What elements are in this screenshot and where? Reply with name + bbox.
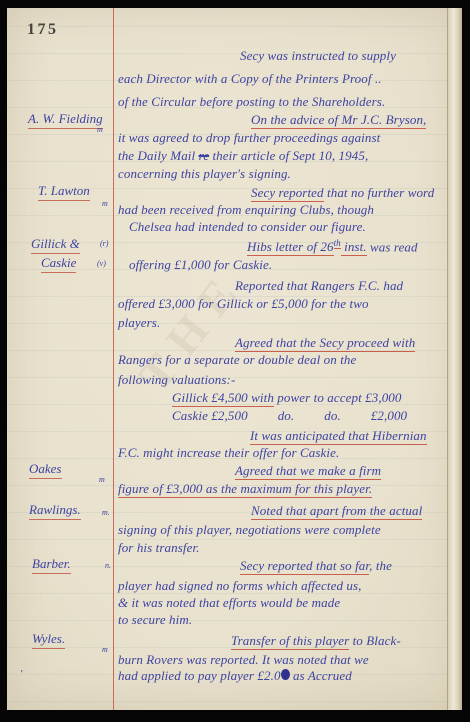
handwriting-line: offered £3,000 for Gillick or £5,000 for…	[118, 296, 369, 312]
margin-note-player-name: Barber.	[32, 556, 71, 574]
handwriting-segment: Reported that Rangers F.C. had	[235, 278, 403, 293]
handwriting-line: following valuations:-	[118, 372, 235, 388]
photo-of-minute-book: { "page": { "number": "175" }, "colors":…	[0, 0, 470, 722]
minute-book-page: THE 175 A. W. FieldingmT. LawtonmGillick…	[7, 8, 462, 710]
handwriting-line: it was agreed to drop further proceeding…	[118, 130, 380, 146]
handwriting-line: to secure him.	[118, 612, 192, 628]
handwriting-line: signing of this player, negotiations wer…	[118, 522, 381, 538]
handwriting-line: Secy reported that so far, the	[240, 558, 392, 574]
handwriting-segment: On the advice of Mr J.C. Bryson,	[251, 112, 426, 129]
page-number: 175	[27, 21, 59, 39]
handwriting-segment: of the Circular before posting to the Sh…	[118, 94, 385, 109]
handwriting-segment: burn Rovers was reported. It was noted t…	[118, 652, 369, 667]
page-edge	[448, 8, 462, 710]
initialing-mark: m	[99, 475, 105, 484]
stray-ink-mark: '	[20, 668, 22, 680]
handwriting-line: had been received from enquiring Clubs, …	[118, 202, 374, 218]
handwriting-segment: F.C. might increase their offer for Cask…	[118, 445, 339, 460]
handwriting-line: player had signed no forms which affecte…	[118, 578, 362, 594]
handwriting-segment: following valuations:-	[118, 372, 235, 387]
handwriting-segment: 0	[281, 669, 290, 680]
handwriting-line: It was anticipated that Hibernian	[250, 428, 427, 444]
handwriting-segment: Rangers for a separate or double deal on…	[118, 352, 356, 367]
handwriting-line: Agreed that the Secy proceed with	[235, 335, 415, 351]
margin-note-player-name: Gillick &	[31, 236, 80, 254]
handwriting-segment: Hibs letter of 26	[247, 239, 334, 256]
red-margin-rule	[113, 8, 114, 710]
handwriting-segment: Noted that apart from the actual	[251, 503, 422, 520]
handwriting-segment: Agreed that the Secy proceed with	[235, 335, 415, 352]
handwriting-line: F.C. might increase their offer for Cask…	[118, 445, 339, 461]
handwriting-segment: Gillick £4,500 with	[172, 390, 274, 407]
handwriting-segment: signing of this player, negotiations wer…	[118, 522, 381, 537]
handwriting-segment: th	[334, 238, 341, 249]
handwriting-segment: Secy was instructed to supply	[240, 48, 396, 63]
handwriting-line: of the Circular before posting to the Sh…	[118, 94, 385, 110]
handwriting-line: Reported that Rangers F.C. had	[235, 278, 403, 294]
handwriting-segment: re	[199, 148, 210, 163]
handwriting-segment: concerning this player's signing.	[118, 166, 291, 181]
handwriting-segment: Transfer of this player	[231, 633, 349, 650]
margin-note-player-name: Oakes	[29, 461, 62, 479]
handwriting-line: each Director with a Copy of the Printer…	[118, 71, 382, 87]
handwriting-segment: Agreed that we make a firm	[235, 463, 381, 480]
handwriting-line: Noted that apart from the actual	[251, 503, 422, 519]
handwriting-line: burn Rovers was reported. It was noted t…	[118, 652, 369, 668]
handwriting-line: Caskie £2,500do.do.£2,000	[172, 408, 407, 424]
initialing-mark: (v)	[97, 259, 106, 268]
handwriting-segment: Chelsea had intended to consider our fig…	[129, 219, 366, 234]
handwriting-line: Hibs letter of 26th inst. was read	[247, 238, 418, 255]
handwriting-line: Rangers for a separate or double deal on…	[118, 352, 356, 368]
handwriting-line: figure of £3,000 as the maximum for this…	[118, 481, 372, 497]
handwriting-segment: inst.	[341, 239, 367, 256]
handwriting-segment: do.	[324, 408, 341, 423]
handwriting-line: Secy was instructed to supply	[240, 48, 396, 64]
handwriting-segment: It was anticipated that Hibernian	[250, 428, 427, 445]
handwriting-line: On the advice of Mr J.C. Bryson,	[251, 112, 426, 128]
initialing-mark: (r)	[100, 239, 108, 248]
handwriting-line: & it was noted that efforts would be mad…	[118, 595, 340, 611]
margin-note-player-name: Caskie	[41, 255, 76, 273]
handwriting-segment: to secure him.	[118, 612, 192, 627]
handwriting-segment: Secy reported that so far	[240, 558, 369, 575]
handwriting-line: Secy reported that no further word	[251, 185, 434, 201]
handwriting-line: the Daily Mail re their article of Sept …	[118, 148, 368, 164]
handwriting-segment: figure of £3,000 as the maximum for this…	[118, 481, 372, 498]
handwriting-segment: £2,000	[371, 408, 407, 423]
initialing-mark: n.	[105, 561, 111, 570]
handwriting-segment: Caskie £2,500	[172, 408, 248, 423]
handwriting-line: had applied to pay player £2.00 as Accru…	[118, 668, 352, 684]
handwriting-segment: for his transfer.	[118, 540, 200, 555]
handwriting-segment: do.	[278, 408, 295, 423]
handwriting-segment: players.	[118, 315, 160, 330]
margin-note-player-name: Wyles.	[32, 631, 65, 649]
handwriting-segment: each Director with a Copy of the Printer…	[118, 71, 382, 86]
handwriting-segment: to Black-	[349, 633, 401, 648]
handwriting-segment: that no further word	[324, 185, 435, 200]
handwriting-segment: & it was noted that efforts would be mad…	[118, 595, 340, 610]
handwriting-line: players.	[118, 315, 160, 331]
handwriting-line: Agreed that we make a firm	[235, 463, 381, 479]
initialing-mark: m	[102, 645, 108, 654]
handwriting-segment: power to accept £3,000	[274, 390, 402, 405]
handwriting-segment: their article of Sept 10, 1945,	[209, 148, 368, 163]
handwriting-line: offering £1,000 for Caskie.	[129, 257, 272, 273]
handwriting-segment: had been received from enquiring Clubs, …	[118, 202, 374, 217]
handwriting-line: Gillick £4,500 with power to accept £3,0…	[172, 390, 402, 406]
margin-note-player-name: T. Lawton	[38, 183, 90, 201]
initialing-mark: m	[97, 125, 103, 134]
handwriting-segment: had applied to pay player £2.0	[118, 668, 281, 683]
margin-note-player-name: Rawlings.	[29, 502, 81, 520]
handwriting-segment: it was agreed to drop further proceeding…	[118, 130, 380, 145]
initialing-mark: m	[102, 199, 108, 208]
initialing-mark: m.	[102, 508, 110, 517]
handwriting-segment: as Accrued	[290, 668, 352, 683]
handwriting-segment: Secy reported	[251, 185, 324, 202]
handwriting-segment: , the	[369, 558, 392, 573]
handwriting-segment: the Daily Mail	[118, 148, 199, 163]
handwriting-segment: offering £1,000 for Caskie.	[129, 257, 272, 272]
handwriting-segment: player had signed no forms which affecte…	[118, 578, 362, 593]
handwriting-segment: offered £3,000 for Gillick or £5,000 for…	[118, 296, 369, 311]
handwriting-line: Transfer of this player to Black-	[231, 633, 401, 649]
handwriting-line: Chelsea had intended to consider our fig…	[129, 219, 366, 235]
handwriting-line: for his transfer.	[118, 540, 200, 556]
handwriting-segment: was read	[367, 239, 418, 254]
handwriting-line: concerning this player's signing.	[118, 166, 291, 182]
margin-note-player-name: A. W. Fielding	[28, 111, 103, 129]
